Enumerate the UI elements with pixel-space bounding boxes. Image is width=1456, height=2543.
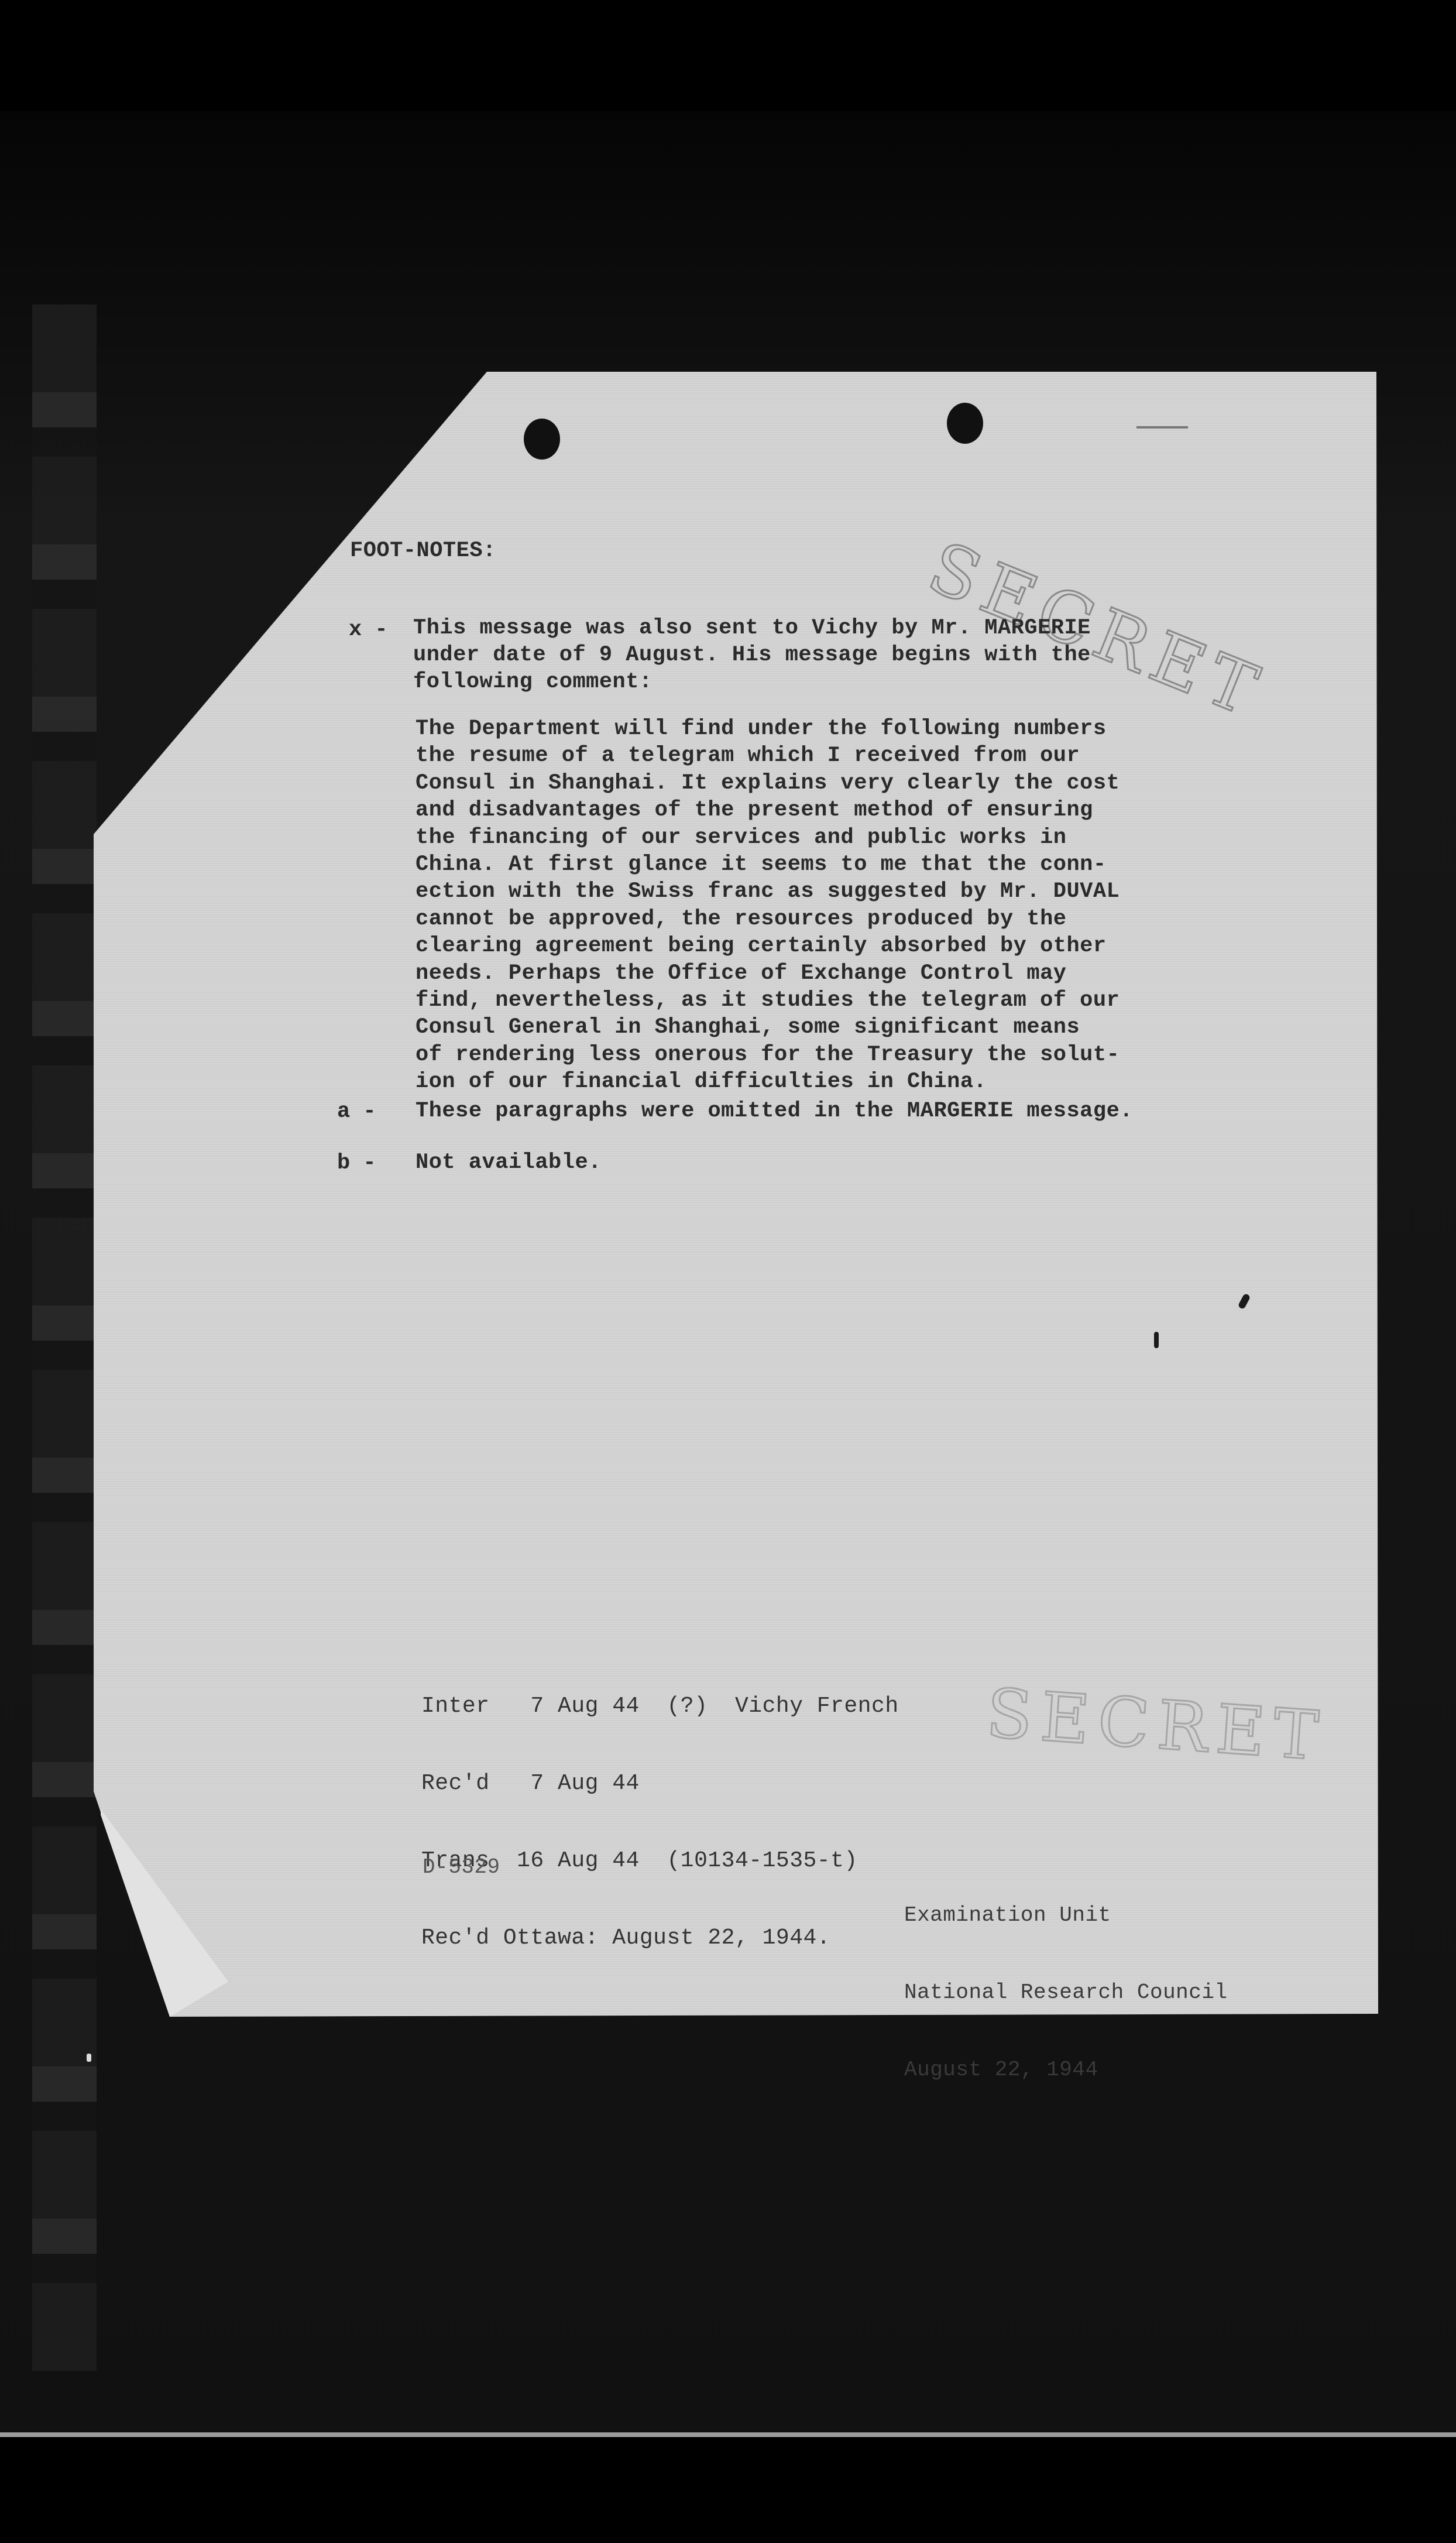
ink-mark xyxy=(1154,1332,1159,1348)
signature-unit: Examination Unit xyxy=(904,1903,1228,1928)
footnote-b-text: Not available. xyxy=(415,1149,602,1176)
pencil-dash-mark xyxy=(1136,426,1188,429)
film-speck xyxy=(87,2054,91,2062)
punch-hole-icon xyxy=(524,419,560,460)
routing-line-received-ottawa: Rec'd Ottawa: August 22, 1944. xyxy=(421,1925,899,1951)
routing-line-received: Rec'd 7 Aug 44 xyxy=(421,1771,899,1797)
footnote-a-text: These paragraphs were omitted in the MAR… xyxy=(415,1098,1133,1125)
signature-block: Examination Unit National Research Counc… xyxy=(904,1851,1228,2109)
signature-organization: National Research Council xyxy=(904,1980,1228,2006)
footnote-marker-a: a - xyxy=(337,1099,376,1124)
film-border-bottom xyxy=(0,2437,1456,2543)
footnote-x-text: This message was also sent to Vichy by M… xyxy=(413,615,1091,695)
footnotes-heading: FOOT-NOTES: xyxy=(350,537,496,564)
quoted-comment: The Department will find under the follo… xyxy=(415,715,1120,1096)
routing-line-intercepted: Inter 7 Aug 44 (?) Vichy French xyxy=(421,1694,899,1719)
document-number: D-5329 xyxy=(423,1854,500,1881)
routing-block: Inter 7 Aug 44 (?) Vichy French Rec'd 7 … xyxy=(421,1642,899,1977)
footnote-marker-b: b - xyxy=(337,1151,376,1175)
footnote-marker-x: x - xyxy=(349,618,388,642)
film-frame-edge xyxy=(0,2432,1456,2437)
film-border-top xyxy=(0,0,1456,111)
signature-date: August 22, 1944 xyxy=(904,2057,1228,2083)
punch-hole-icon xyxy=(947,403,983,444)
